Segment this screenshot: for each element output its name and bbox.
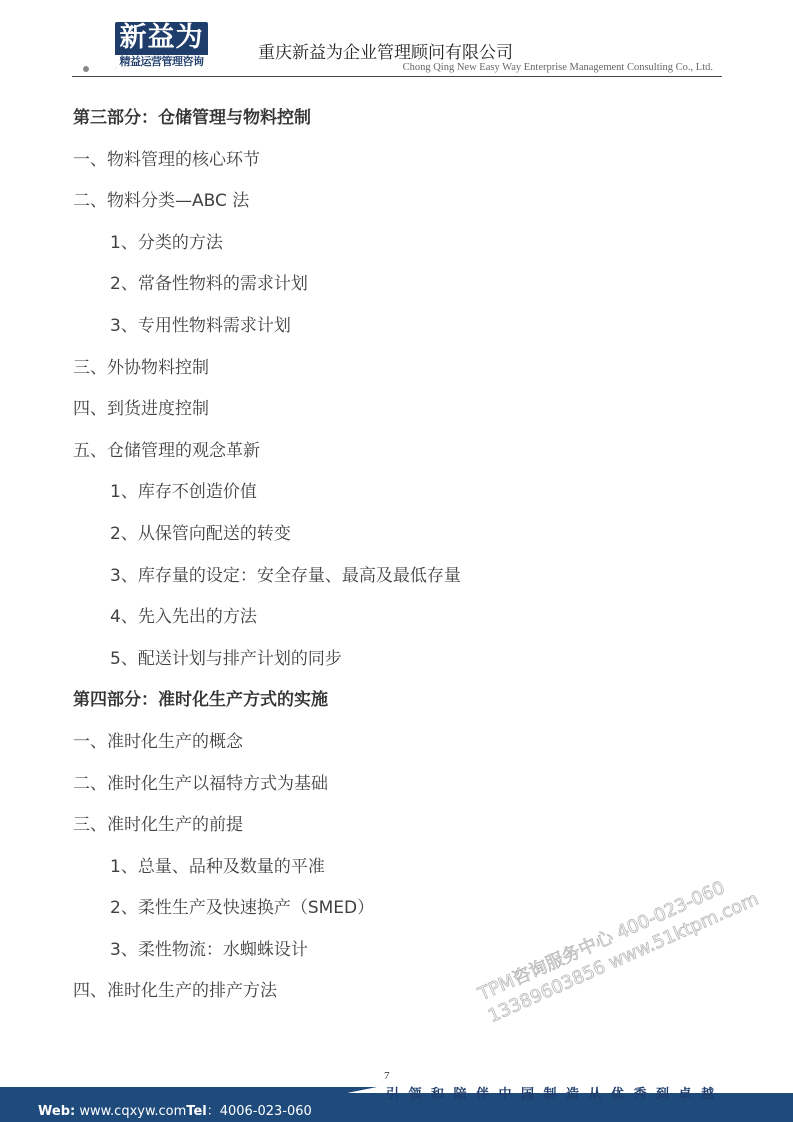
sub-item: 3、专用性物料需求计划	[73, 312, 723, 354]
outline-item: 二、准时化生产以福特方式为基础	[73, 770, 723, 812]
company-name-en: Chong Qing New Easy Way Enterprise Manag…	[403, 62, 713, 73]
web-label: Web:	[38, 1104, 75, 1119]
outline-item: 四、到货进度控制	[73, 395, 723, 437]
tel-label: Tel	[186, 1104, 206, 1119]
bullet-dot-icon	[83, 66, 89, 72]
sub-item: 1、库存不创造价值	[73, 478, 723, 520]
logo-main-text: 新益为	[115, 22, 208, 54]
web-link[interactable]: www.cqxyw.com	[75, 1104, 186, 1119]
footer-slogan: 引领和陪伴中国制造从优秀到卓越	[386, 1086, 724, 1104]
outline-item: 五、仓储管理的观念革新	[73, 437, 723, 479]
sub-item: 4、先入先出的方法	[73, 603, 723, 645]
outline-item: 三、准时化生产的前提	[73, 811, 723, 853]
outline-item: 二、物料分类—ABC 法	[73, 187, 723, 229]
outline-item: 三、外协物料控制	[73, 354, 723, 396]
page-header: 新益为 精益运营管理咨询 重庆新益为企业管理顾问有限公司 Chong Qing …	[0, 0, 793, 80]
sub-item: 1、总量、品种及数量的平准	[73, 853, 723, 895]
tel-value: ：4006-023-060	[207, 1104, 312, 1119]
logo-sub-text: 精益运营管理咨询	[115, 55, 208, 69]
company-name-cn: 重庆新益为企业管理顾问有限公司	[258, 38, 513, 63]
outline-item: 一、物料管理的核心环节	[73, 146, 723, 188]
outline-item: 四、准时化生产的排产方法	[73, 977, 723, 1019]
sub-item: 3、库存量的设定：安全存量、最高及最低存量	[73, 562, 723, 604]
outline-item: 一、准时化生产的概念	[73, 728, 723, 770]
footer-diagonal-edge	[347, 1087, 377, 1093]
sub-item: 2、常备性物料的需求计划	[73, 270, 723, 312]
company-logo: 新益为 精益运营管理咨询	[115, 22, 208, 69]
section-heading: 第三部分：仓储管理与物料控制	[73, 104, 723, 146]
sub-item: 5、配送计划与排产计划的同步	[73, 645, 723, 687]
sub-item: 1、分类的方法	[73, 229, 723, 271]
footer-contact: Web: www.cqxyw.comTel：4006-023-060	[38, 1100, 312, 1119]
section-heading: 第四部分：准时化生产方式的实施	[73, 686, 723, 728]
header-divider	[72, 76, 722, 77]
page-number: 7	[384, 1070, 390, 1082]
document-body: 第三部分：仓储管理与物料控制一、物料管理的核心环节二、物料分类—ABC 法1、分…	[73, 104, 723, 1019]
sub-item: 2、从保管向配送的转变	[73, 520, 723, 562]
